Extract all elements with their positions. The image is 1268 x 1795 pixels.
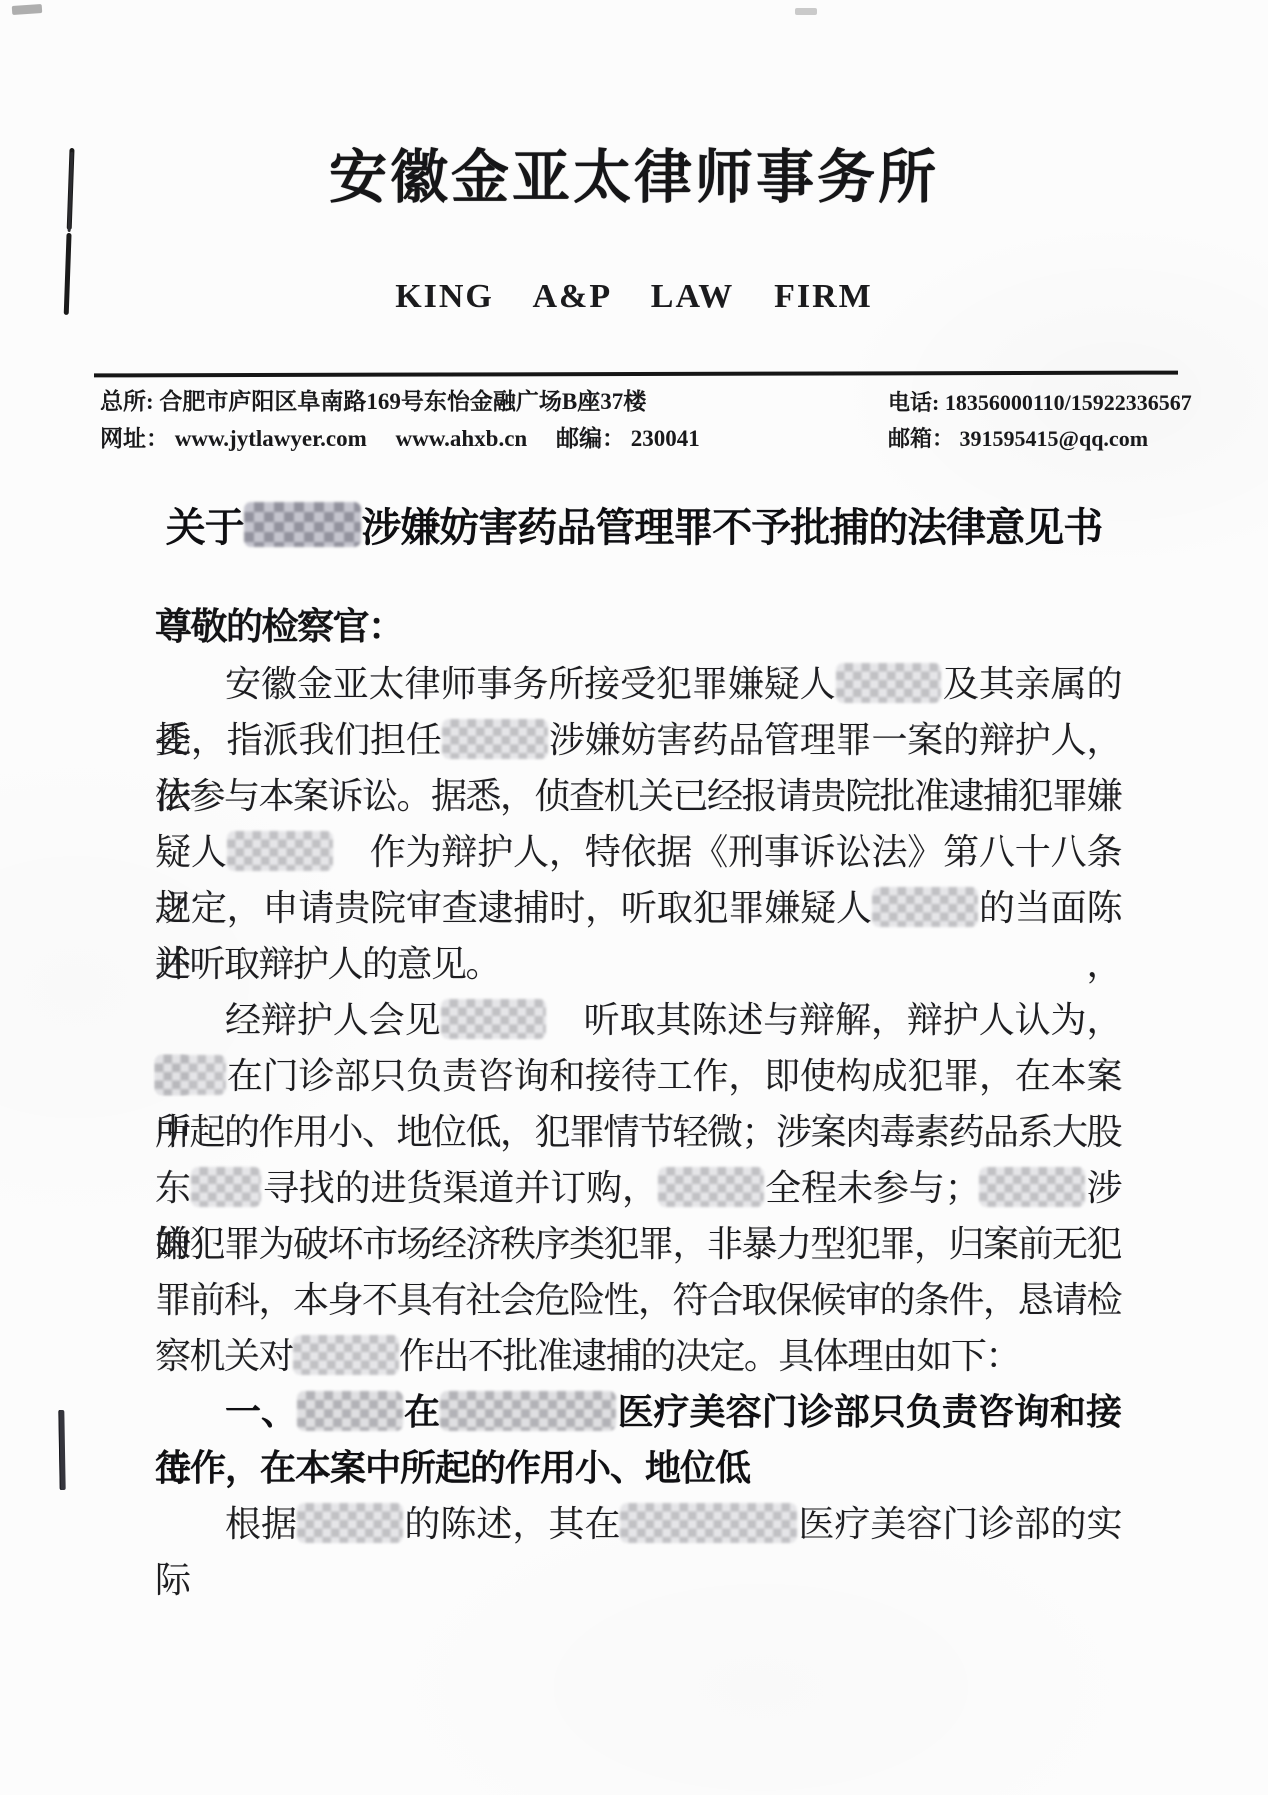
contact-block-left: 总所: 合肥市庐阳区阜南路169号东怡金融广场B座37楼 网址： www.jyt…	[100, 383, 700, 457]
section-heading-line: 一、在医疗美容门诊部只负责咨询和接待	[155, 1384, 1121, 1440]
body-line: 的犯罪为破坏市场经济秩序类犯罪，非暴力型犯罪，归案前无犯	[155, 1216, 1121, 1272]
section-heading-line: 工作，在本案中所起的作用小、地位低	[155, 1440, 1121, 1496]
body-line: 罪前科，本身不具有社会危险性，符合取保候审的条件，恳请检	[155, 1272, 1121, 1328]
redaction-mosaic	[620, 1503, 796, 1543]
body-line: 所起的作用小、地位低，犯罪情节轻微；涉案肉毒素药品系大股	[155, 1104, 1121, 1160]
body-line: 疑人 作为辩护人，特依据《刑事诉讼法》第八十八条之	[155, 824, 1121, 880]
body-line: 在门诊部只负责咨询和接待工作，即使构成犯罪，在本案中	[155, 1048, 1121, 1104]
letterhead-divider	[94, 371, 1178, 378]
body-line: 东寻找的进货渠道并订购，全程未参与；涉嫌	[155, 1160, 1121, 1216]
redaction-mosaic	[440, 1391, 616, 1431]
redaction-mosaic	[293, 1335, 399, 1375]
redaction-mosaic	[297, 1503, 403, 1543]
staple-mark-bottom	[58, 1410, 65, 1490]
redaction-mosaic	[658, 1167, 764, 1207]
scanned-legal-document: 安徽金亚太律师事务所 KING A&P LAW FIRM 总所: 合肥市庐阳区阜…	[0, 0, 1268, 1795]
salutation-line: 尊敬的检察官：	[155, 600, 1121, 656]
body-line: 根据的陈述，其在医疗美容门诊部的实际	[155, 1496, 1121, 1552]
body-line: 安徽金亚太律师事务所接受犯罪嫌疑人及其亲属的委	[155, 656, 1121, 712]
document-title: 关于涉嫌妨害药品管理罪不予批捕的法律意见书	[0, 496, 1268, 553]
email-address: 邮箱： 391595415@qq.com	[888, 421, 1192, 457]
body-line: 察机关对作出不批准逮捕的决定。具体理由如下：	[155, 1328, 1121, 1384]
body-line: 经辩护人会见 听取其陈述与辩解，辩护人认为，	[155, 992, 1121, 1048]
body-line: 法参与本案诉讼。据悉，侦查机关已经报请贵院批准逮捕犯罪嫌	[155, 768, 1121, 824]
redaction-mosaic	[155, 1055, 226, 1095]
redaction-mosaic	[441, 999, 547, 1039]
document-body: 尊敬的检察官：安徽金亚太律师事务所接受犯罪嫌疑人及其亲属的委托，指派我们担任涉嫌…	[155, 600, 1121, 1552]
redaction-mosaic	[297, 1391, 403, 1431]
phone-numbers: 电话: 18356000110/15922336567	[888, 385, 1192, 421]
redaction-mosaic	[191, 1167, 262, 1207]
firm-name-chinese: 安徽金亚太律师事务所	[0, 130, 1268, 214]
redaction-mosaic	[442, 719, 548, 759]
website-and-postcode: 网址： www.jytlawyer.com www.ahxb.cn 邮编： 23…	[100, 420, 700, 457]
firm-name-english: KING A&P LAW FIRM	[0, 278, 1268, 316]
body-line: 托，指派我们担任涉嫌妨害药品管理罪一案的辩护人，依	[155, 712, 1121, 768]
office-address: 总所: 合肥市庐阳区阜南路169号东怡金融广场B座37楼	[100, 383, 700, 420]
redaction-mosaic	[979, 1167, 1085, 1207]
redaction-mosaic	[872, 887, 978, 927]
redaction-mosaic	[244, 502, 362, 547]
body-line: 规定，申请贵院审查逮捕时，听取犯罪嫌疑人的当面陈述，	[155, 880, 1121, 936]
scan-artifact	[12, 4, 43, 15]
scan-artifact	[795, 8, 817, 15]
contact-block-right: 电话: 18356000110/15922336567 邮箱： 39159541…	[888, 385, 1192, 457]
redaction-mosaic	[836, 663, 942, 703]
redaction-mosaic	[227, 831, 333, 871]
